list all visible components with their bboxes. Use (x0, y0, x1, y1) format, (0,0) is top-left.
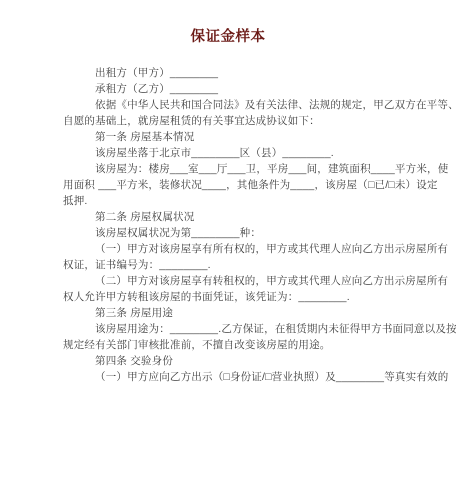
line-ownership-item2-1: （二）甲方对该房屋享有转租权的，甲方或其代理人应向乙方出示房屋所有 (63, 273, 428, 289)
line-preamble-1: 依据《中华人民共和国合同法》及有关法律、法规的规定，甲乙双方在平等、 (63, 97, 428, 113)
clause-1-heading: 第一条 房屋基本情况 (63, 129, 428, 145)
line-house-location: 该房屋坐落于北京市________区（县）________. (63, 145, 428, 161)
line-ownership-item1-1: （一）甲方对该房屋享有所有权的，甲方或其代理人应向乙方出示房屋所有 (63, 241, 428, 257)
line-identity-item1: （一）甲方应向乙方出示（□身份证/□营业执照）及________等真实有效的 (63, 369, 428, 385)
line-usage-1: 该房屋用途为：________.乙方保证，在租赁期内未征得甲方书面同意以及按 (63, 321, 428, 337)
line-house-layout-2: 用面积 ___平方米，装修状况____，其他条件为____，该房屋（□已/□未）… (63, 177, 428, 193)
document-body: 出租方（甲方）________ 承租方（乙方）________ 依据《中华人民共… (63, 65, 428, 385)
clause-2-heading: 第二条 房屋权属状况 (63, 209, 428, 225)
line-ownership-item2-2: 权人允许甲方转租该房屋的书面凭证，该凭证为：________. (63, 289, 428, 305)
line-ownership-item1-2: 权证，证书编号为：________. (63, 257, 428, 273)
line-ownership-status: 该房屋权属状况为第________种： (63, 225, 428, 241)
line-house-layout-1: 该房屋为：楼房___室___厅___卫，平房___间，建筑面积____平方米，使 (63, 161, 428, 177)
clause-3-heading: 第三条 房屋用途 (63, 305, 428, 321)
document-page: 保证金样本 出租方（甲方）________ 承租方（乙方）________ 依据… (0, 0, 456, 500)
document-title: 保证金样本 (0, 0, 456, 46)
line-lessee-party-b: 承租方（乙方）________ (63, 81, 428, 97)
line-preamble-2: 自愿的基础上，就房屋租赁的有关事宜达成协议如下： (63, 113, 428, 129)
line-lessor-party-a: 出租方（甲方）________ (63, 65, 428, 81)
line-house-layout-3: 抵押. (63, 193, 428, 209)
line-usage-2: 规定经有关部门审核批准前，不擅自改变该房屋的用途。 (63, 337, 428, 353)
clause-4-heading: 第四条 交验身份 (63, 353, 428, 369)
